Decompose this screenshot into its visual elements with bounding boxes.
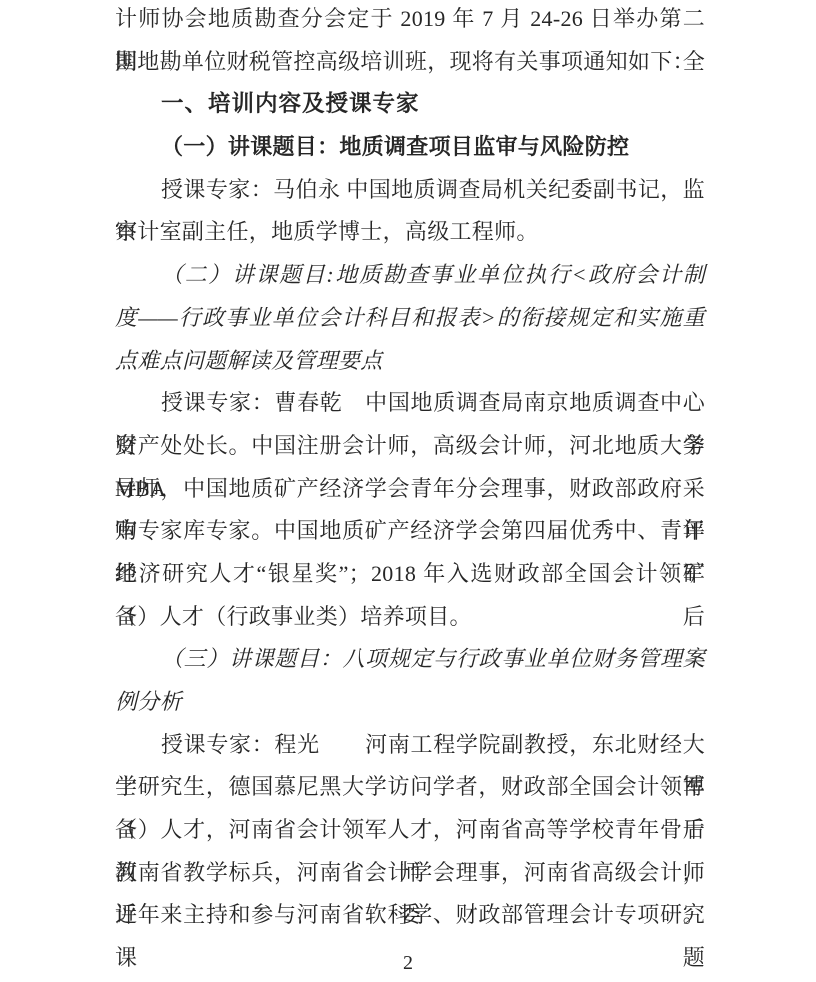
topic3-expert-line-2: 士研究生，德国慕尼黑大学访问学者，财政部全国会计领军（后	[115, 766, 705, 809]
topic3-title-line-1: （三）讲课题目：八项规定与行政事业单位财务管理案	[115, 638, 705, 681]
section-heading: 一、培训内容及授课专家	[115, 83, 705, 126]
topic2-title-line-3: 点难点问题解读及管理要点	[115, 340, 705, 383]
intro-line-2: 国地勘单位财税管控高级培训班，现将有关事项通知如下：	[115, 41, 705, 84]
topic2-title-line-2: 度——行政事业单位会计科目和报表>的衔接规定和实施重	[115, 297, 705, 340]
topic2-expert-line-2: 资产处处长。中国注册会计师，高级会计师，河北地质大学 MBA	[115, 425, 705, 468]
topic2-title-line-1: （二）讲课题目:地质勘查事业单位执行<政府会计制	[115, 254, 705, 297]
topic2-expert-line-1: 授课专家：曹春乾 中国地质调查局南京地质调查中心财务	[115, 382, 705, 425]
topic3-expert-line-3: 备）人才，河南省会计领军人才，河南省高等学校青年骨干教师，	[115, 809, 705, 852]
topic1-expert-line-2: 审计室副主任，地质学博士，高级工程师。	[115, 211, 705, 254]
topic1-title: （一）讲课题目：地质调查项目监审与风险防控	[115, 126, 705, 169]
topic2-expert-line-3: 导师，中国地质矿产经济学会青年分会理事，财政部政府采购评	[115, 468, 705, 511]
topic2-expert-line-5: 经济研究人才“银星奖”；2018 年入选财政部全国会计领军（后	[115, 553, 705, 596]
topic1-expert-line-1: 授课专家：马伯永 中国地质调查局机关纪委副书记，监察	[115, 169, 705, 212]
page-text-block: 计师协会地质勘查分会定于 2019 年 7 月 24-26 日举办第二期全 国地…	[115, 0, 705, 937]
topic3-expert-line-1: 授课专家：程光 河南工程学院副教授，东北财经大学博	[115, 724, 705, 767]
topic3-expert-line-4: 河南省教学标兵，河南省会计学会理事，河南省高级会计师评委。	[115, 852, 705, 895]
topic2-expert-line-4: 审专家库专家。中国地质矿产经济学会第四届优秀中、青年地矿	[115, 510, 705, 553]
topic3-title-line-2: 例分析	[115, 681, 705, 724]
document-page: 计师协会地质勘查分会定于 2019 年 7 月 24-26 日举办第二期全 国地…	[0, 0, 816, 982]
intro-line-1: 计师协会地质勘查分会定于 2019 年 7 月 24-26 日举办第二期全	[115, 0, 705, 41]
topic3-expert-line-5: 近年来主持和参与河南省软科学、财政部管理会计专项研究课题	[115, 894, 705, 937]
page-number: 2	[0, 950, 816, 976]
